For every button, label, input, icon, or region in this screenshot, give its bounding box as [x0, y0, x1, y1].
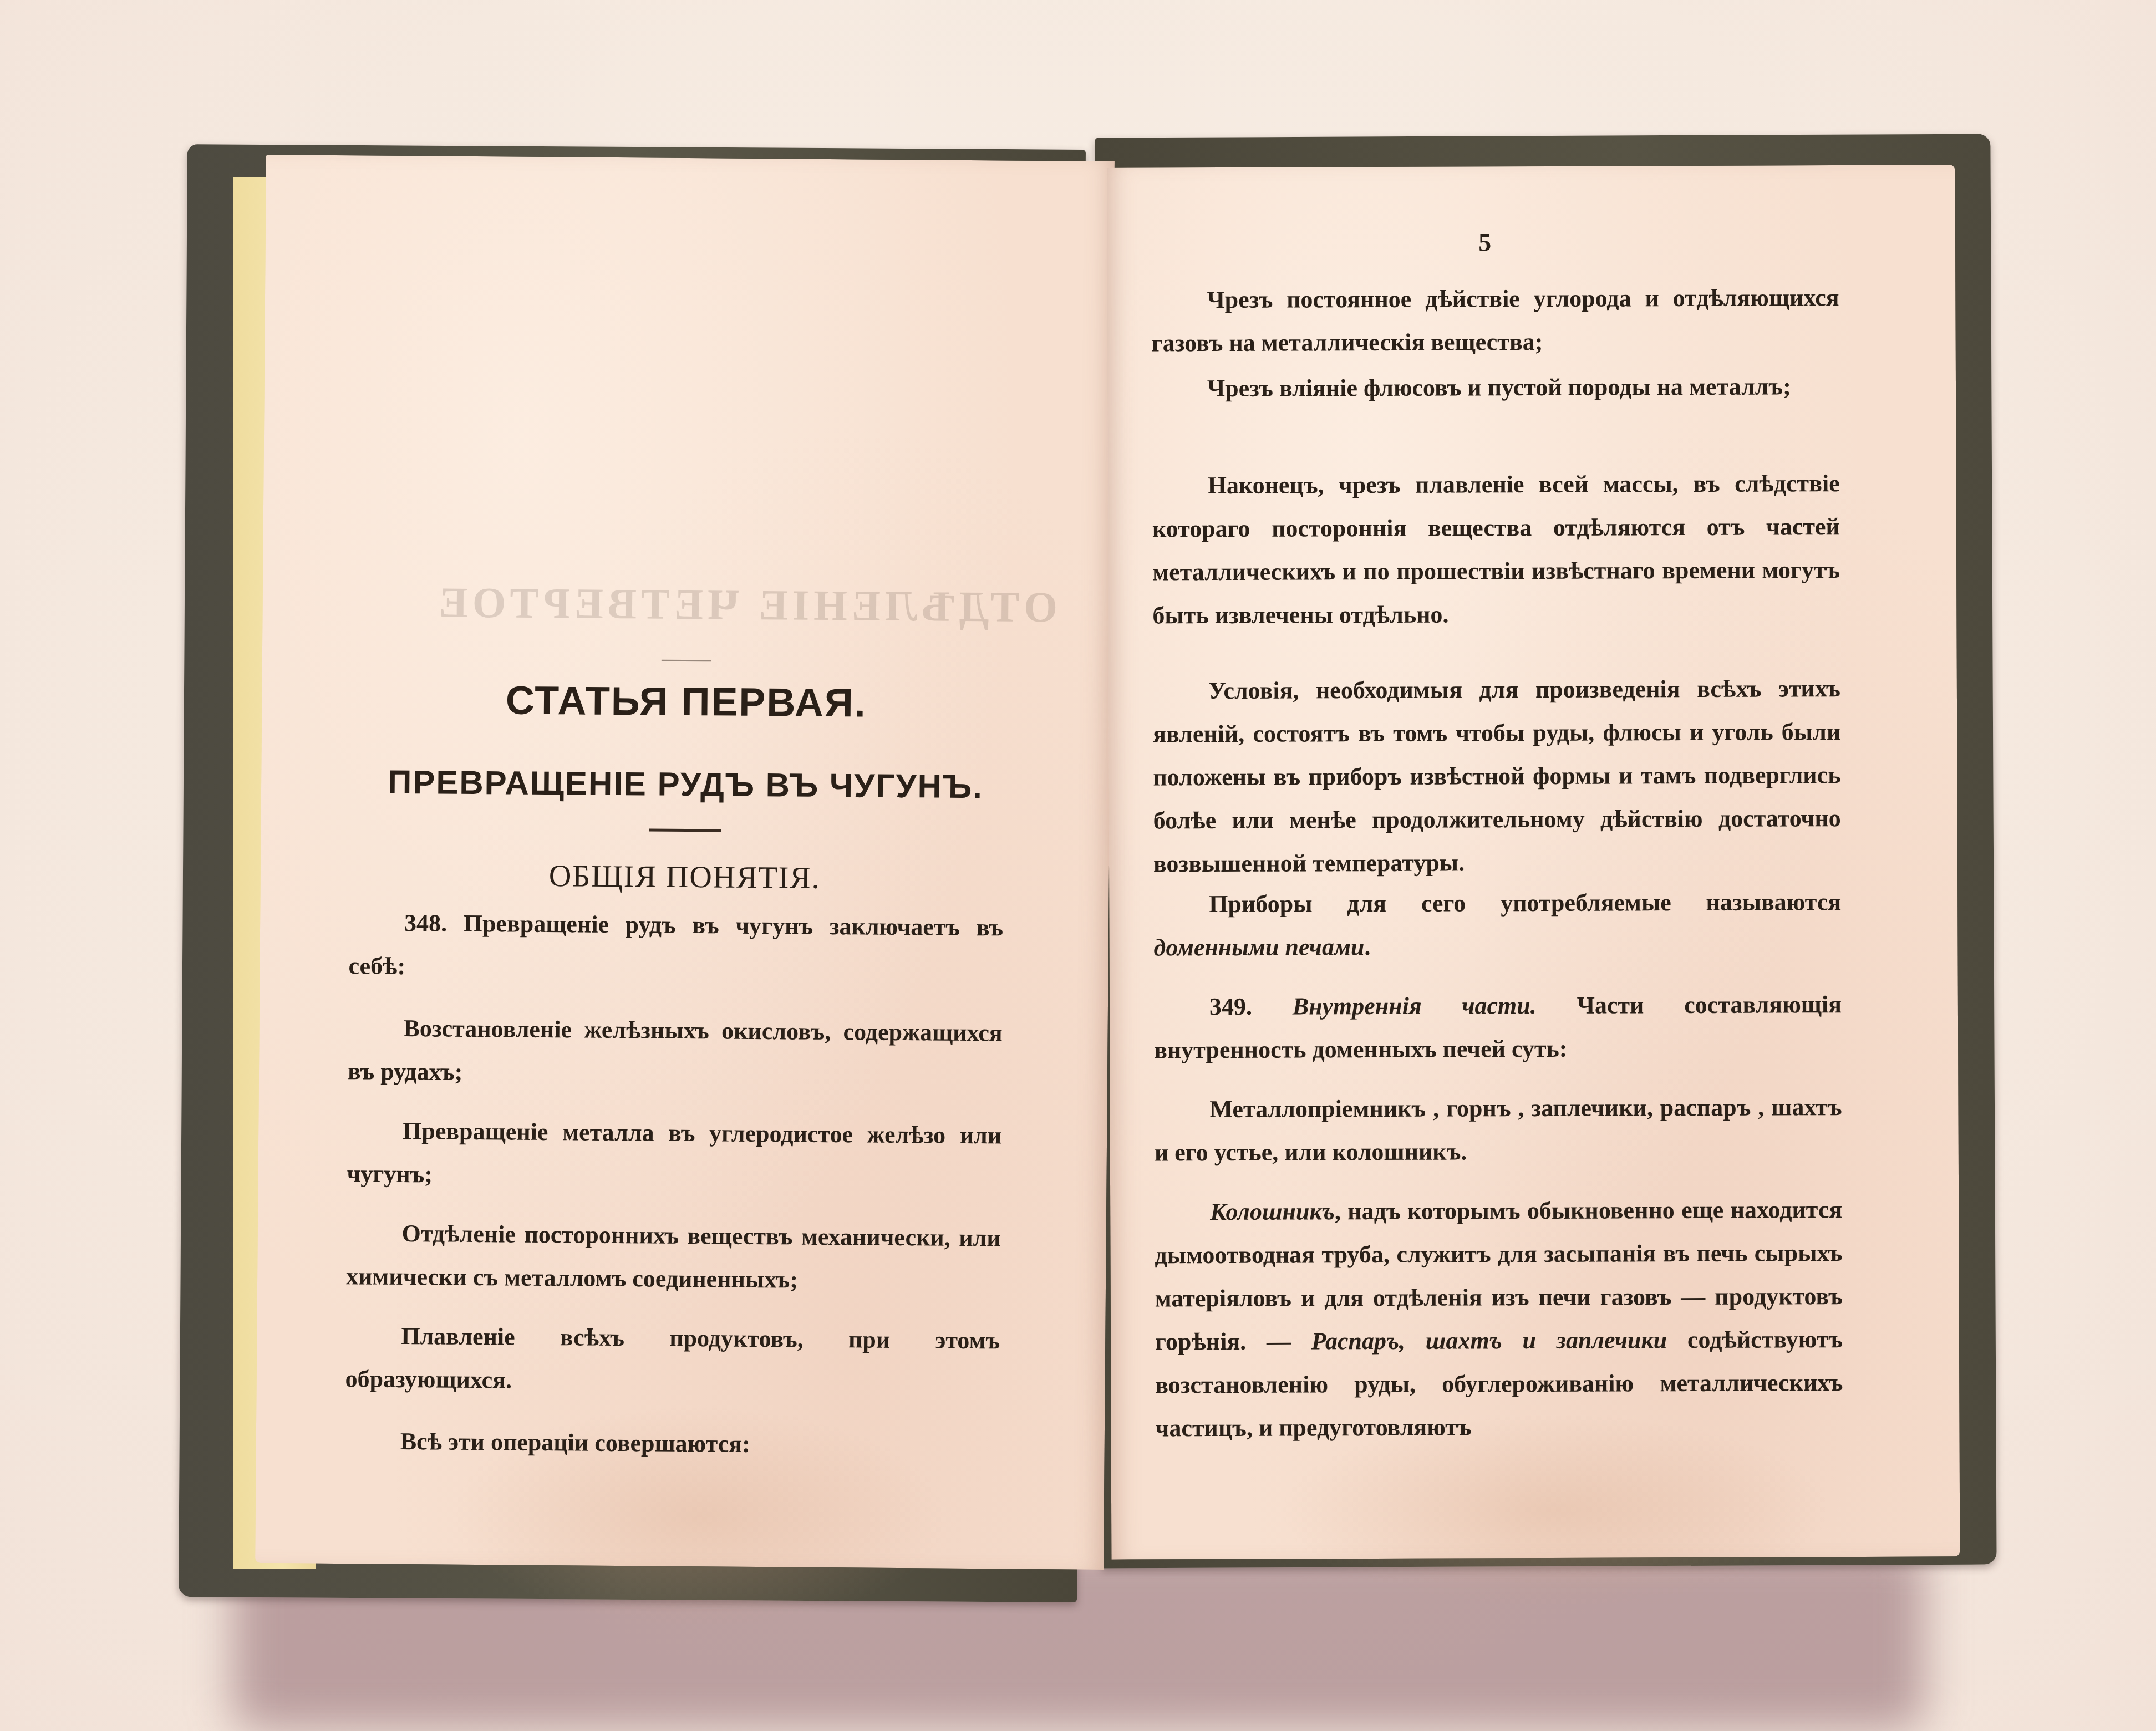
- paragraph-reduction: Возстановленіе желѣзныхъ окисловъ, содер…: [348, 1006, 1003, 1098]
- bleed-through-text: ОТДѢЛЕНІЕ ЧЕТВЕРТОЕ: [434, 577, 1057, 632]
- paragraph-finally: Наконецъ, чрезъ плавленіе всей массы, въ…: [1152, 462, 1840, 637]
- page-number: 5: [1478, 227, 1491, 257]
- paragraph-furnaces: Приборы для сего употребляемые называютс…: [1153, 880, 1842, 969]
- paragraph-flux: Чрезъ вліяніе флюсовъ и пустой породы на…: [1152, 365, 1839, 410]
- left-page: ОТДѢЛЕНІЕ ЧЕТВЕРТОЕ СТАТЬЯ ПЕРВАЯ. ПРЕВР…: [255, 155, 1115, 1570]
- paragraph-melting: Плавленіе всѣхъ продуктовъ, при этомъ об…: [345, 1314, 1000, 1406]
- right-page: 5 Чрезъ постоянное дѣйствіе углорода и о…: [1107, 165, 1960, 1559]
- paragraph-conditions: Условія, необходимыя для произведенія вс…: [1153, 667, 1841, 885]
- paragraph-348: 348. Превращеніе рудъ въ чугунъ заключае…: [348, 901, 1003, 992]
- paragraph-parts-list: Металлопріемникъ , горнъ , заплечики, ра…: [1154, 1086, 1842, 1174]
- paragraph-separation: Отдѣленіе постороннихъ веществъ механиче…: [346, 1211, 1001, 1303]
- paragraph-operations: Всѣ эти операціи совершаются:: [344, 1419, 999, 1468]
- paragraph-349: 349. Внутреннія части. Части составляющі…: [1154, 983, 1842, 1072]
- paragraph-conversion: Превращеніе металла въ углеродистое желѣ…: [347, 1109, 1001, 1200]
- divider-rule: [649, 828, 721, 832]
- article-title: СТАТЬЯ ПЕРВАЯ.: [262, 676, 1111, 728]
- paragraph-throat: Колошникъ, надъ которымъ обыкновенно еще…: [1155, 1188, 1843, 1450]
- paragraph-carbon: Чрезъ постоянное дѣйствіе углорода и отд…: [1151, 276, 1839, 365]
- ornament-rule: [662, 660, 711, 662]
- chapter-title: ПРЕВРАЩЕНІЕ РУДЪ ВЪ ЧУГУНЪ.: [261, 762, 1110, 807]
- section-title: ОБЩІЯ ПОНЯТІЯ.: [261, 856, 1109, 898]
